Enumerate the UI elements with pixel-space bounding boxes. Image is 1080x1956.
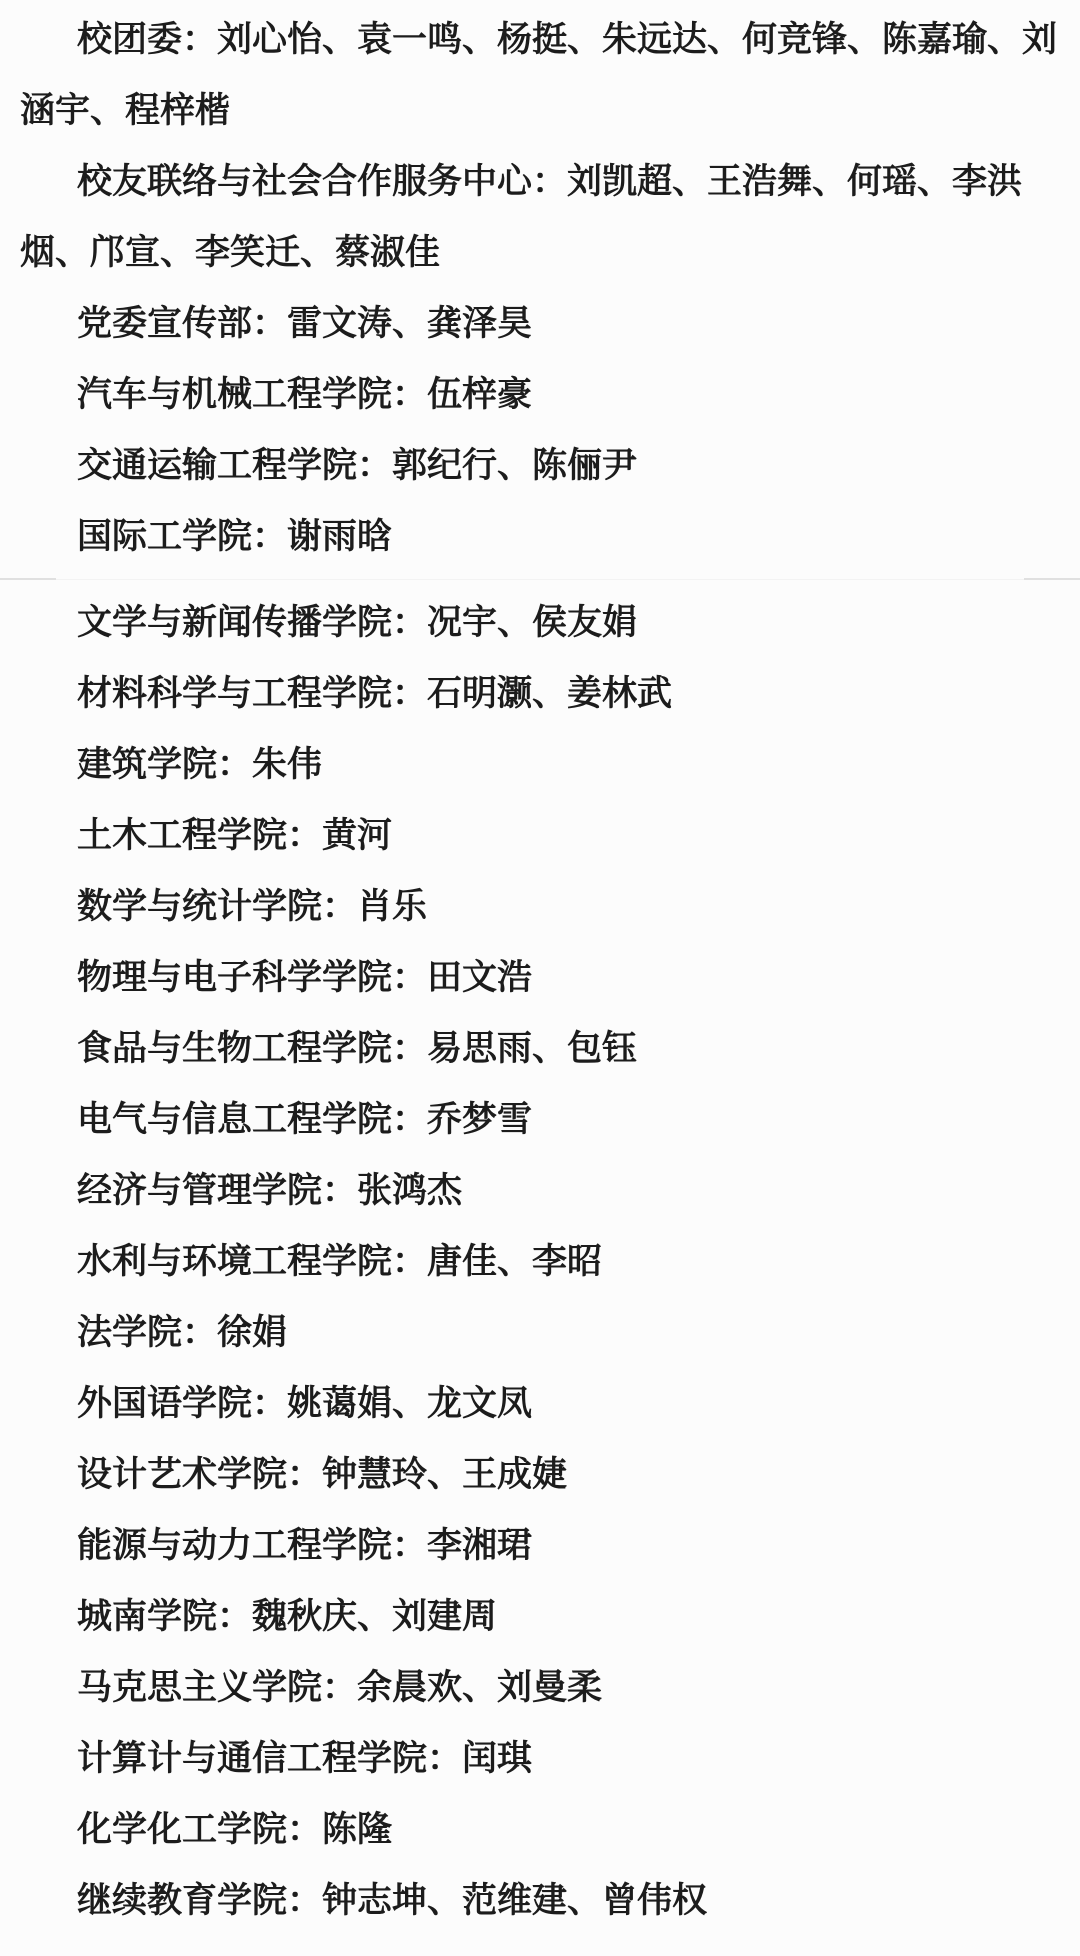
page-break — [0, 572, 1080, 587]
department-name: 化学化工学院 — [77, 1810, 287, 1849]
department-name: 经济与管理学院 — [77, 1171, 322, 1210]
roster-paragraph: 继续教育学院：钟志坤、范维建、曾伟权 — [20, 1865, 1060, 1936]
member-names: 余晨欢、刘曼柔 — [357, 1668, 602, 1707]
roster-paragraph: 文学与新闻传播学院：况宇、侯友娟 — [20, 587, 1060, 658]
roster-paragraph: 计算计与通信工程学院：闰琪 — [20, 1723, 1060, 1794]
colon-separator: ： — [287, 816, 322, 855]
member-names: 乔梦雪 — [427, 1100, 532, 1139]
roster-paragraph: 外国语学院：姚蔼娟、龙文凤 — [20, 1368, 1060, 1439]
document-page: 校团委：刘心怡、袁一鸣、杨挺、朱远达、何竞锋、陈嘉瑜、刘涵宇、程梓楷校友联络与社… — [0, 0, 1080, 1936]
member-names: 姚蔼娟、龙文凤 — [287, 1384, 532, 1423]
colon-separator: ： — [287, 1810, 322, 1849]
member-names: 肖乐 — [357, 887, 427, 926]
colon-separator: ： — [392, 1029, 427, 1068]
department-name: 物理与电子科学学院 — [77, 958, 392, 997]
colon-separator: ： — [287, 1881, 322, 1920]
colon-separator: ： — [532, 162, 567, 201]
roster-list: 校团委：刘心怡、袁一鸣、杨挺、朱远达、何竞锋、陈嘉瑜、刘涵宇、程梓楷校友联络与社… — [20, 4, 1060, 1936]
colon-separator: ： — [287, 1455, 322, 1494]
roster-paragraph: 城南学院：魏秋庆、刘建周 — [20, 1581, 1060, 1652]
roster-paragraph: 汽车与机械工程学院：伍梓豪 — [20, 359, 1060, 430]
page-break-edge-right — [1024, 578, 1080, 580]
member-names: 唐佳、李昭 — [427, 1242, 602, 1281]
roster-paragraph: 法学院：徐娟 — [20, 1297, 1060, 1368]
colon-separator: ： — [217, 1597, 252, 1636]
member-names: 李湘珺 — [427, 1526, 532, 1565]
department-name: 材料科学与工程学院 — [77, 674, 392, 713]
member-names: 钟志坤、范维建、曾伟权 — [322, 1881, 707, 1920]
roster-paragraph: 土木工程学院：黄河 — [20, 800, 1060, 871]
roster-paragraph: 党委宣传部：雷文涛、龚泽昊 — [20, 288, 1060, 359]
roster-paragraph: 化学化工学院：陈隆 — [20, 1794, 1060, 1865]
colon-separator: ： — [252, 1384, 287, 1423]
member-names: 郭纪行、陈俪尹 — [392, 446, 637, 485]
department-name: 外国语学院 — [77, 1384, 252, 1423]
department-name: 马克思主义学院 — [77, 1668, 322, 1707]
member-names: 朱伟 — [252, 745, 322, 784]
page-break-edge-left — [0, 578, 56, 580]
department-name: 土木工程学院 — [77, 816, 287, 855]
colon-separator: ： — [182, 20, 217, 59]
colon-separator: ： — [322, 887, 357, 926]
member-names: 闰琪 — [462, 1739, 532, 1778]
colon-separator: ： — [252, 517, 287, 556]
roster-paragraph: 食品与生物工程学院：易思雨、包钰 — [20, 1013, 1060, 1084]
department-name: 国际工学院 — [77, 517, 252, 556]
roster-paragraph: 校团委：刘心怡、袁一鸣、杨挺、朱远达、何竞锋、陈嘉瑜、刘涵宇、程梓楷 — [20, 4, 1060, 146]
colon-separator: ： — [322, 1668, 357, 1707]
roster-paragraph: 建筑学院：朱伟 — [20, 729, 1060, 800]
department-name: 继续教育学院 — [77, 1881, 287, 1920]
member-names: 易思雨、包钰 — [427, 1029, 637, 1068]
member-names: 张鸿杰 — [357, 1171, 462, 1210]
department-name: 建筑学院 — [77, 745, 217, 784]
department-name: 电气与信息工程学院 — [77, 1100, 392, 1139]
department-name: 能源与动力工程学院 — [77, 1526, 392, 1565]
member-names: 魏秋庆、刘建周 — [252, 1597, 497, 1636]
roster-paragraph: 物理与电子科学学院：田文浩 — [20, 942, 1060, 1013]
roster-paragraph: 校友联络与社会合作服务中心：刘凯超、王浩舞、何瑶、李洪烟、邝宣、李笑迁、蔡淑佳 — [20, 146, 1060, 288]
colon-separator: ： — [427, 1739, 462, 1778]
department-name: 食品与生物工程学院 — [77, 1029, 392, 1068]
colon-separator: ： — [392, 674, 427, 713]
member-names: 谢雨晗 — [287, 517, 392, 556]
department-name: 设计艺术学院 — [77, 1455, 287, 1494]
department-name: 计算计与通信工程学院 — [77, 1739, 427, 1778]
member-names: 陈隆 — [322, 1810, 392, 1849]
department-name: 数学与统计学院 — [77, 887, 322, 926]
member-names: 石明灏、姜林武 — [427, 674, 672, 713]
roster-paragraph: 交通运输工程学院：郭纪行、陈俪尹 — [20, 430, 1060, 501]
roster-paragraph: 设计艺术学院：钟慧玲、王成婕 — [20, 1439, 1060, 1510]
department-name: 校团委 — [77, 20, 182, 59]
roster-paragraph: 国际工学院：谢雨晗 — [20, 501, 1060, 572]
department-name: 水利与环境工程学院 — [77, 1242, 392, 1281]
colon-separator: ： — [392, 375, 427, 414]
roster-paragraph: 材料科学与工程学院：石明灏、姜林武 — [20, 658, 1060, 729]
department-name: 交通运输工程学院 — [77, 446, 357, 485]
department-name: 党委宣传部 — [77, 304, 252, 343]
colon-separator: ： — [217, 745, 252, 784]
colon-separator: ： — [322, 1171, 357, 1210]
department-name: 城南学院 — [77, 1597, 217, 1636]
colon-separator: ： — [252, 304, 287, 343]
colon-separator: ： — [392, 1242, 427, 1281]
roster-paragraph: 水利与环境工程学院：唐佳、李昭 — [20, 1226, 1060, 1297]
colon-separator: ： — [392, 958, 427, 997]
department-name: 文学与新闻传播学院 — [77, 603, 392, 642]
department-name: 校友联络与社会合作服务中心 — [77, 162, 532, 201]
member-names: 况宇、侯友娟 — [427, 603, 637, 642]
roster-paragraph: 能源与动力工程学院：李湘珺 — [20, 1510, 1060, 1581]
member-names: 雷文涛、龚泽昊 — [287, 304, 532, 343]
colon-separator: ： — [357, 446, 392, 485]
department-name: 法学院 — [77, 1313, 182, 1352]
member-names: 徐娟 — [217, 1313, 287, 1352]
page-break-faint-line — [0, 579, 1080, 580]
colon-separator: ： — [392, 1526, 427, 1565]
roster-paragraph: 马克思主义学院：余晨欢、刘曼柔 — [20, 1652, 1060, 1723]
member-names: 田文浩 — [427, 958, 532, 997]
department-name: 汽车与机械工程学院 — [77, 375, 392, 414]
member-names: 黄河 — [322, 816, 392, 855]
colon-separator: ： — [182, 1313, 217, 1352]
member-names: 钟慧玲、王成婕 — [322, 1455, 567, 1494]
roster-paragraph: 电气与信息工程学院：乔梦雪 — [20, 1084, 1060, 1155]
roster-paragraph: 经济与管理学院：张鸿杰 — [20, 1155, 1060, 1226]
roster-paragraph: 数学与统计学院：肖乐 — [20, 871, 1060, 942]
colon-separator: ： — [392, 1100, 427, 1139]
member-names: 伍梓豪 — [427, 375, 532, 414]
colon-separator: ： — [392, 603, 427, 642]
